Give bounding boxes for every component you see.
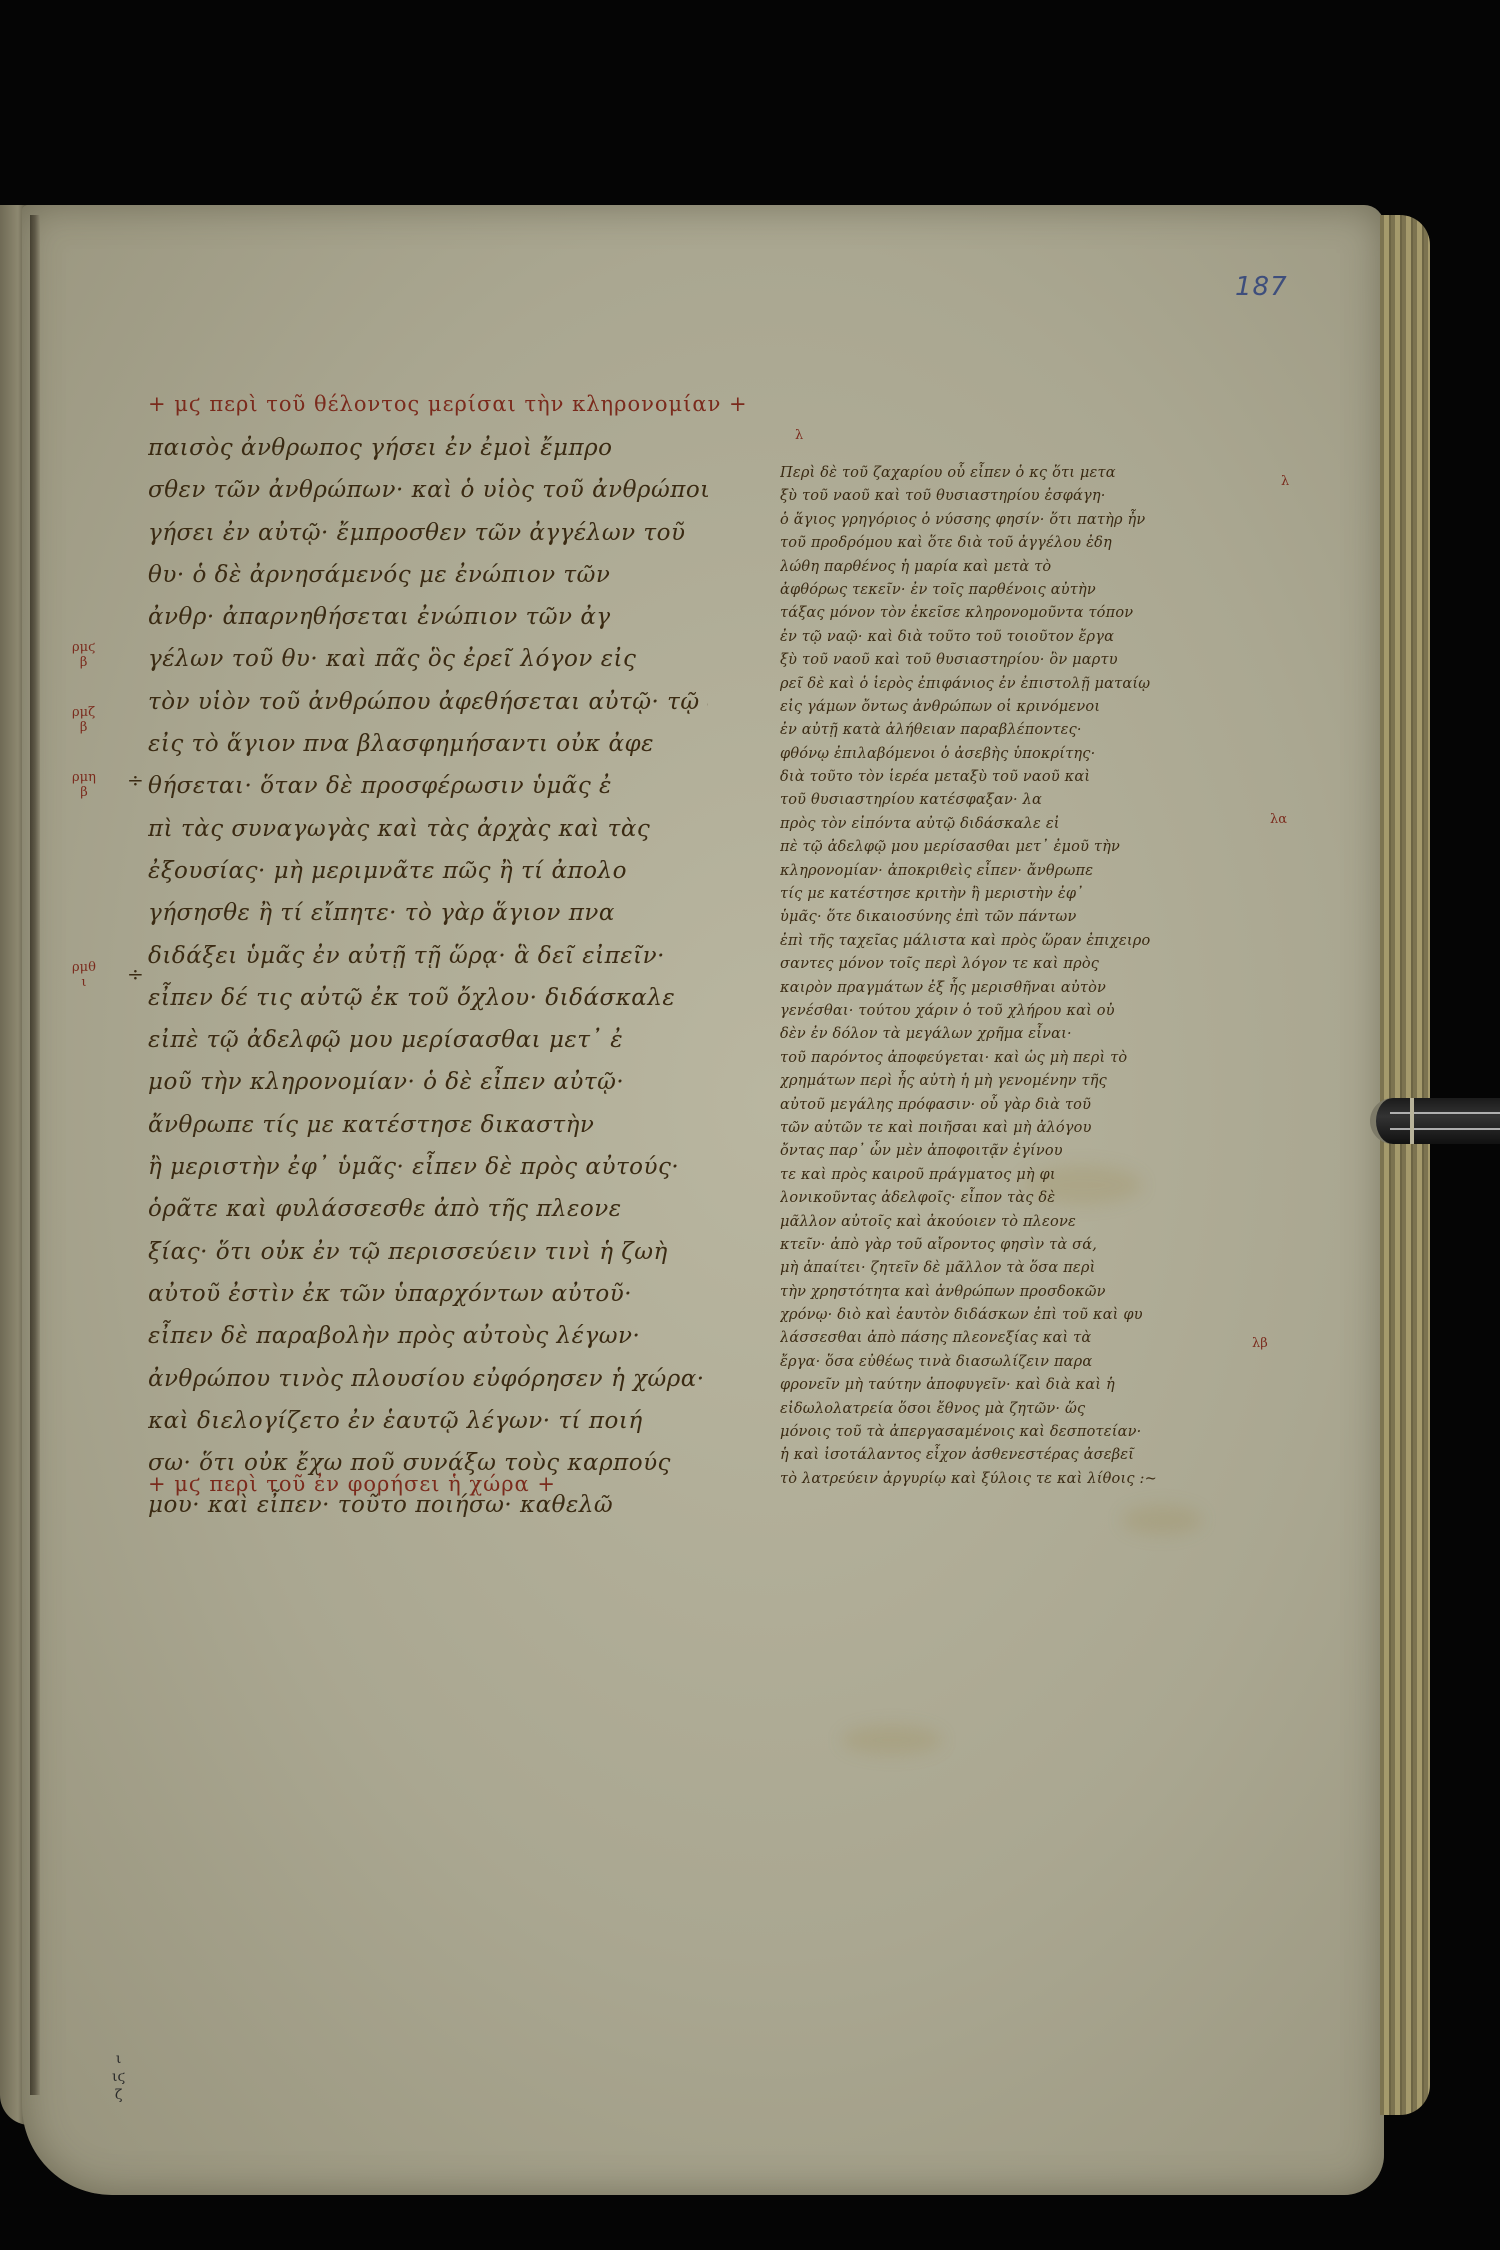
text-line: ἐν αὐτῇ κατὰ ἀλήθειαν παραβλέποντες·	[780, 719, 1220, 742]
text-line: πὲ τῷ ἀδελφῷ μου μερίσασθαι μετ᾽ ἐμοῦ τὴ…	[780, 836, 1220, 859]
text-line: ὁ ἅγιος γρηγόριος ὁ νύσσης φησίν· ὅτι πα…	[780, 509, 1220, 532]
text-line: ξίας· ὅτι οὐκ ἐν τῷ περισσεύειν τινὶ ἡ ζ…	[148, 1231, 708, 1273]
quire-mark: λ	[795, 428, 803, 443]
text-line: ἀνθρώπου τινὸς πλουσίου εὐφόρησεν ἡ χώρα…	[148, 1358, 708, 1400]
text-line: πρὸς τὸν εἰπόντα αὐτῷ διδάσκαλε εἰ	[780, 813, 1220, 836]
text-line: τοῦ θυσιαστηρίου κατέσφαξαν· λα	[780, 789, 1220, 812]
text-line: ἡ καὶ ἰσοτάλαντος εἶχον ἀσθενεστέρας ἀσε…	[780, 1444, 1220, 1467]
text-line: ἢ μεριστὴν ἐφ᾽ ὑμᾶς· εἶπεν δὲ πρὸς αὐτού…	[148, 1146, 708, 1188]
rubric-heading-bottom: + μϛ περὶ τοῦ ἐν φορήσει ἡ χώρα +	[148, 1472, 556, 1496]
text-line: τοῦ παρόντος ἀποφεύγεται· καὶ ὡς μὴ περὶ…	[780, 1047, 1220, 1070]
text-line: ὑμᾶς· ὅτε δικαιοσύνης ἐπὶ τῶν πάντων	[780, 906, 1220, 929]
text-line: ἔργα· ὅσα εὐθέως τινὰ διασωλίζειν παρα	[780, 1351, 1220, 1374]
text-line: μοῦ τὴν κληρονομίαν· ὁ δὲ εἶπεν αὐτῷ·	[148, 1061, 708, 1103]
margin-canon-note: ρμζ β	[72, 705, 95, 735]
text-line: καιρὸν πραγμάτων ἐξ ἧς μερισθῆναι αὐτὸν	[780, 977, 1220, 1000]
margin-section-note: λβ	[1252, 1336, 1268, 1351]
text-line: διδάξει ὑμᾶς ἐν αὐτῇ τῇ ὥρᾳ· ἃ δεῖ εἰπεῖ…	[148, 935, 708, 977]
text-line: τὸ λατρεύειν ἀργυρίῳ καὶ ξύλοις τε καὶ λ…	[780, 1468, 1220, 1491]
text-line: ξὺ τοῦ ναοῦ καὶ τοῦ θυσιαστηρίου· ὃν μαρ…	[780, 649, 1220, 672]
obelus-sign-icon: ÷	[127, 962, 144, 986]
text-line: τοῦ προδρόμου καὶ ὅτε διὰ τοῦ ἀγγέλου ἐδ…	[780, 532, 1220, 555]
text-line: τῶν αὐτῶν τε καὶ ποιῆσαι καὶ μὴ ἀλόγου	[780, 1117, 1220, 1140]
text-line: εἶπεν δέ τις αὐτῷ ἐκ τοῦ ὄχλου· διδάσκαλ…	[148, 977, 708, 1019]
text-line: καὶ διελογίζετο ἐν ἑαυτῷ λέγων· τί ποιή	[148, 1400, 708, 1442]
text-line: ὄντας παρ᾽ ὧν μὲν ἀποφοιτᾷν ἐγίνου	[780, 1140, 1220, 1163]
text-line: ὁρᾶτε καὶ φυλάσσεσθε ἀπὸ τῆς πλεονε	[148, 1188, 708, 1230]
book-clamp-band	[1410, 1098, 1414, 1144]
text-line: μὴ ἀπαίτει· ζητεῖν δὲ μᾶλλον τὰ ὅσα περὶ	[780, 1257, 1220, 1280]
text-line: τε καὶ πρὸς καιροῦ πράγματος μὴ φι	[780, 1164, 1220, 1187]
text-line: πὶ τὰς συναγωγὰς καὶ τὰς ἀρχὰς καὶ τὰς	[148, 808, 708, 850]
text-line: χρόνῳ· διὸ καὶ ἑαυτὸν διδάσκων ἐπὶ τοῦ κ…	[780, 1304, 1220, 1327]
book-clamp	[1370, 1098, 1500, 1144]
text-line: θυ· ὁ δὲ ἀρνησάμενός με ἐνώπιον τῶν	[148, 554, 708, 596]
text-line: ἀνθρ· ἀπαρνηθήσεται ἐνώπιον τῶν ἀγ	[148, 596, 708, 638]
page-fore-edge	[1380, 215, 1430, 2115]
text-line: ἐπὶ τῆς ταχεῖας μάλιστα καὶ πρὸς ὥραν ἐπ…	[780, 930, 1220, 953]
text-line: ἀφθόρως τεκεῖν· ἐν τοῖς παρθένοις αὐτὴν	[780, 579, 1220, 602]
binding-gutter	[30, 215, 40, 2095]
text-line: λάσσεσθαι ἀπὸ πάσης πλεονεξίας καὶ τὰ	[780, 1327, 1220, 1350]
text-line: εἰδωλολατρεία ὅσοι ἔθνος μὰ ζητῶν· ὥς	[780, 1398, 1220, 1421]
text-line: ἐν τῷ ναῷ· καὶ διὰ τοῦτο τοῦ τοιοῦτον ἔρ…	[780, 626, 1220, 649]
text-line: θήσεται· ὅταν δὲ προσφέρωσιν ὑμᾶς ἐ	[148, 765, 708, 807]
text-line: εἰπὲ τῷ ἀδελφῷ μου μερίσασθαι μετ᾽ ἐ	[148, 1019, 708, 1061]
text-line: κτεῖν· ἀπὸ γὰρ τοῦ αἴροντος φησὶν τὰ σά,	[780, 1234, 1220, 1257]
left-text-column: παισὸς ἀνθρωπος γήσει ἐν ἐμοὶ ἔμπρο σθεν…	[148, 427, 708, 1527]
text-line: Περὶ δὲ τοῦ ζαχαρίου οὗ εἶπεν ὁ κς ὅτι μ…	[780, 462, 1220, 485]
text-line: εἶπεν δὲ παραβολὴν πρὸς αὐτοὺς λέγων·	[148, 1315, 708, 1357]
text-line: τὸν υἱὸν τοῦ ἀνθρώπου ἀφεθήσεται αὐτῷ· τ…	[148, 681, 708, 723]
text-line: χρημάτων περὶ ἧς αὐτὴ ἡ μὴ γενομένην τῆς	[780, 1070, 1220, 1093]
text-line: γήσει ἐν αὐτῷ· ἔμπροσθεν τῶν ἀγγέλων τοῦ	[148, 512, 708, 554]
text-line: σθεν τῶν ἀνθρώπων· καὶ ὁ υἱὸς τοῦ ἀνθρώπ…	[148, 469, 708, 511]
text-line: ξὺ τοῦ ναοῦ καὶ τοῦ θυσιαστηρίου ἐσφάγη·	[780, 485, 1220, 508]
text-line: λονικοῦντας ἀδελφοῖς· εἶπον τὰς δὲ	[780, 1187, 1220, 1210]
text-line: αὐτοῦ μεγάλης πρόφασιν· οὗ γὰρ διὰ τοῦ	[780, 1094, 1220, 1117]
text-line: μόνοις τοῦ τὰ ἀπεργασαμένοις καὶ δεσποτε…	[780, 1421, 1220, 1444]
obelus-sign-icon: ÷	[127, 768, 144, 792]
margin-canon-note: ρμϛ β	[72, 640, 95, 670]
margin-canon-note: ρμθ ι	[72, 960, 96, 990]
text-line: λώθη παρθένος ἡ μαρία καὶ μετὰ τὸ	[780, 556, 1220, 579]
right-text-column: Περὶ δὲ τοῦ ζαχαρίου οὗ εἶπεν ὁ κς ὅτι μ…	[780, 462, 1220, 1491]
text-line: τὴν χρηστότητα καὶ ἀνθρώπων προσδοκῶν	[780, 1281, 1220, 1304]
text-line: αὐτοῦ ἐστὶν ἐκ τῶν ὑπαρχόντων αὐτοῦ·	[148, 1273, 708, 1315]
text-line: εἰς γάμων ὄντως ἀνθρώπων οἱ κρινόμενοι	[780, 696, 1220, 719]
text-line: μᾶλλον αὐτοῖς καὶ ἀκούοιεν τὸ πλεονε	[780, 1211, 1220, 1234]
folio-number: 187	[1235, 272, 1288, 302]
text-line: διὰ τοῦτο τὸν ἱερέα μεταξὺ τοῦ ναοῦ καὶ	[780, 766, 1220, 789]
text-line: σαντες μόνον τοῖς περὶ λόγον τε καὶ πρὸς	[780, 953, 1220, 976]
text-line: γενέσθαι· τούτου χάριν ὁ τοῦ χλήρου καὶ …	[780, 1000, 1220, 1023]
text-line: κληρονομίαν· ἀποκριθεὶς εἶπεν· ἄνθρωπε	[780, 860, 1220, 883]
text-line: εἰς τὸ ἅγιον πνα βλασφημήσαντι οὐκ ἀφε	[148, 723, 708, 765]
text-line: ρεῖ δὲ καὶ ὁ ἱερὸς ἐπιφάνιος ἐν ἐπιστολῇ…	[780, 673, 1220, 696]
text-line: φρονεῖν μὴ ταύτην ἀποφυγεῖν· καὶ διὰ καὶ…	[780, 1374, 1220, 1397]
text-line: τάξας μόνον τὸν ἐκεῖσε κληρονομοῦντα τόπ…	[780, 602, 1220, 625]
text-line: γέλων τοῦ θυ· καὶ πᾶς ὃς ἐρεῖ λόγον εἰς	[148, 638, 708, 680]
rubric-heading-top: + μϛ περὶ τοῦ θέλοντος μερίσαι τὴν κληρο…	[148, 392, 748, 416]
margin-section-note: λα	[1270, 812, 1287, 827]
text-line: ἄνθρωπε τίς με κατέστησε δικαστὴν	[148, 1104, 708, 1146]
quire-signature-note: ι ιϛ ζ	[112, 2050, 125, 2104]
text-line: γήσησθε ἢ τί εἴπητε· τὸ γὰρ ἅγιον πνα	[148, 892, 708, 934]
text-line: φθόνῳ ἐπιλαβόμενοι ὁ ἀσεβὴς ὑποκρίτης·	[780, 743, 1220, 766]
margin-section-note: λ	[1281, 474, 1289, 489]
text-line: παισὸς ἀνθρωπος γήσει ἐν ἐμοὶ ἔμπρο	[148, 427, 708, 469]
text-line: τίς με κατέστησε κριτὴν ἢ μεριστὴν ἐφ᾽	[780, 883, 1220, 906]
margin-canon-note: ρμη β	[72, 770, 96, 800]
text-line: ἐξουσίας· μὴ μεριμνᾶτε πῶς ἢ τί ἀπολο	[148, 850, 708, 892]
text-line: δὲν ἐν δόλον τὰ μεγάλων χρῆμα εἶναι·	[780, 1023, 1220, 1046]
